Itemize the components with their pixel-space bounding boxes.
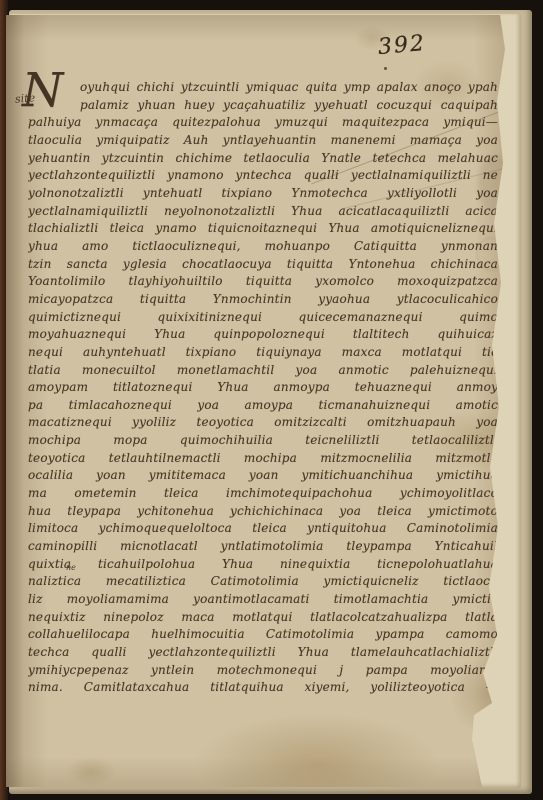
manuscript-line: teoyotica tetlauhtilnemactli mochipa mit… [28, 450, 498, 468]
manuscript-line: nima. Camitlataxcahua titlatquihua xiyem… [28, 679, 498, 697]
manuscript-line: hua tleypapa ychitonehua ychichichinaca … [28, 503, 498, 521]
manuscript-line: tlaoculia ymiquipatiz Auh yntlayehuantin… [28, 132, 498, 150]
manuscript-line: oyuhqui chichi ytzcuintli ymiquac quita … [28, 79, 498, 97]
manuscript-line: macatiznequi yyoliliz teoyotica omitzizc… [28, 414, 498, 432]
manuscript-line: yolnonotzaliztli yntehuatl tixpiano Ynmo… [28, 185, 498, 203]
manuscript-line: moyahuaznequi Yhua quinpopoloznequi tlal… [28, 326, 498, 344]
manuscript-line: pa timlacahoznequi yoa amoypa ticmanahui… [28, 397, 498, 415]
manuscript-line: Yoantolimilo tlayhiyohuiltilo tiquitta y… [28, 273, 498, 291]
superscript-insertion: ne [66, 563, 76, 572]
manuscript-line: tlachializtli tleica ynamo tiquicnoitazn… [28, 220, 498, 238]
manuscript-line: micayopatzca tiquitta Ynmochintin yyaohu… [28, 291, 498, 309]
manuscript-text-block: oyuhqui chichi ytzcuintli ymiquac quita … [28, 79, 498, 697]
manuscript-line: nequixtiz ninepoloz maca motlatqui tlatl… [28, 609, 498, 627]
manuscript-line: amoypam titlatoznequi Yhua anmoypa tehua… [28, 379, 498, 397]
manuscript-line: mochipa mopa quimochihuilia teicnelilizt… [28, 432, 498, 450]
manuscript-line: yectlalnamiquiliztli neyolnonotzaliztli … [28, 203, 498, 221]
manuscript-line: quixtia ticahuilpolohua Yhua ninequixtia… [28, 556, 498, 574]
manuscript-line: liz moyoliamamima yoantimotlacamati timo… [28, 591, 498, 609]
manuscript-line: ma ometemin tleica imchimotequipachohua … [28, 485, 498, 503]
manuscript-line: yehuantin ytzcuintin chichime tetlaoculi… [28, 150, 498, 168]
manuscript-line: naliztica mecatiliztica Catimotolimia ym… [28, 573, 498, 591]
manuscript-line: collahuelilocapa huelhimocuitia Catimoto… [28, 626, 498, 644]
manuscript-line: nequi auhyntehuatl tixpiano tiquiynaya m… [28, 344, 498, 362]
manuscript-line: tzin sancta yglesia chocatlaocuya tiquit… [28, 256, 498, 274]
manuscript-line: palhuiya ynmacaça quitezpalohua ymuzqui … [28, 114, 498, 132]
manuscript-line: caminopilli micnotlacatl yntlatimotolimi… [28, 538, 498, 556]
manuscript-line: limitoca ychimoquequeloltoca tleica ynti… [28, 520, 498, 538]
folio-number: 392 [377, 31, 427, 60]
manuscript-line: ymihiycpepenaz yntlein motechmonequi j p… [28, 662, 498, 680]
manuscript-line: palamiz yhuan huey ycaçahuatiliz yyehuat… [28, 97, 498, 115]
manuscript-line: quimictiznequi quixixitiniznequi quicece… [28, 309, 498, 327]
ink-dot [384, 67, 387, 70]
manuscript-line: ocalilia yoan ymititemaca yoan ymitichua… [28, 467, 498, 485]
manuscript-line: yhua amo tictlaoculiznequi, mohuanpo Cat… [28, 238, 498, 256]
manuscript-line: tlatia monecuiltol monetlamachtil yoa an… [28, 362, 498, 380]
manuscript-line: yectlahzontequiliztli ynamono yntechca q… [28, 167, 498, 185]
manuscript-line: techca qualli yectlahzontequiliztli Yhua… [28, 644, 498, 662]
manuscript-page: 392 site N oyuhqui chichi ytzcuintli ymi… [6, 15, 508, 787]
